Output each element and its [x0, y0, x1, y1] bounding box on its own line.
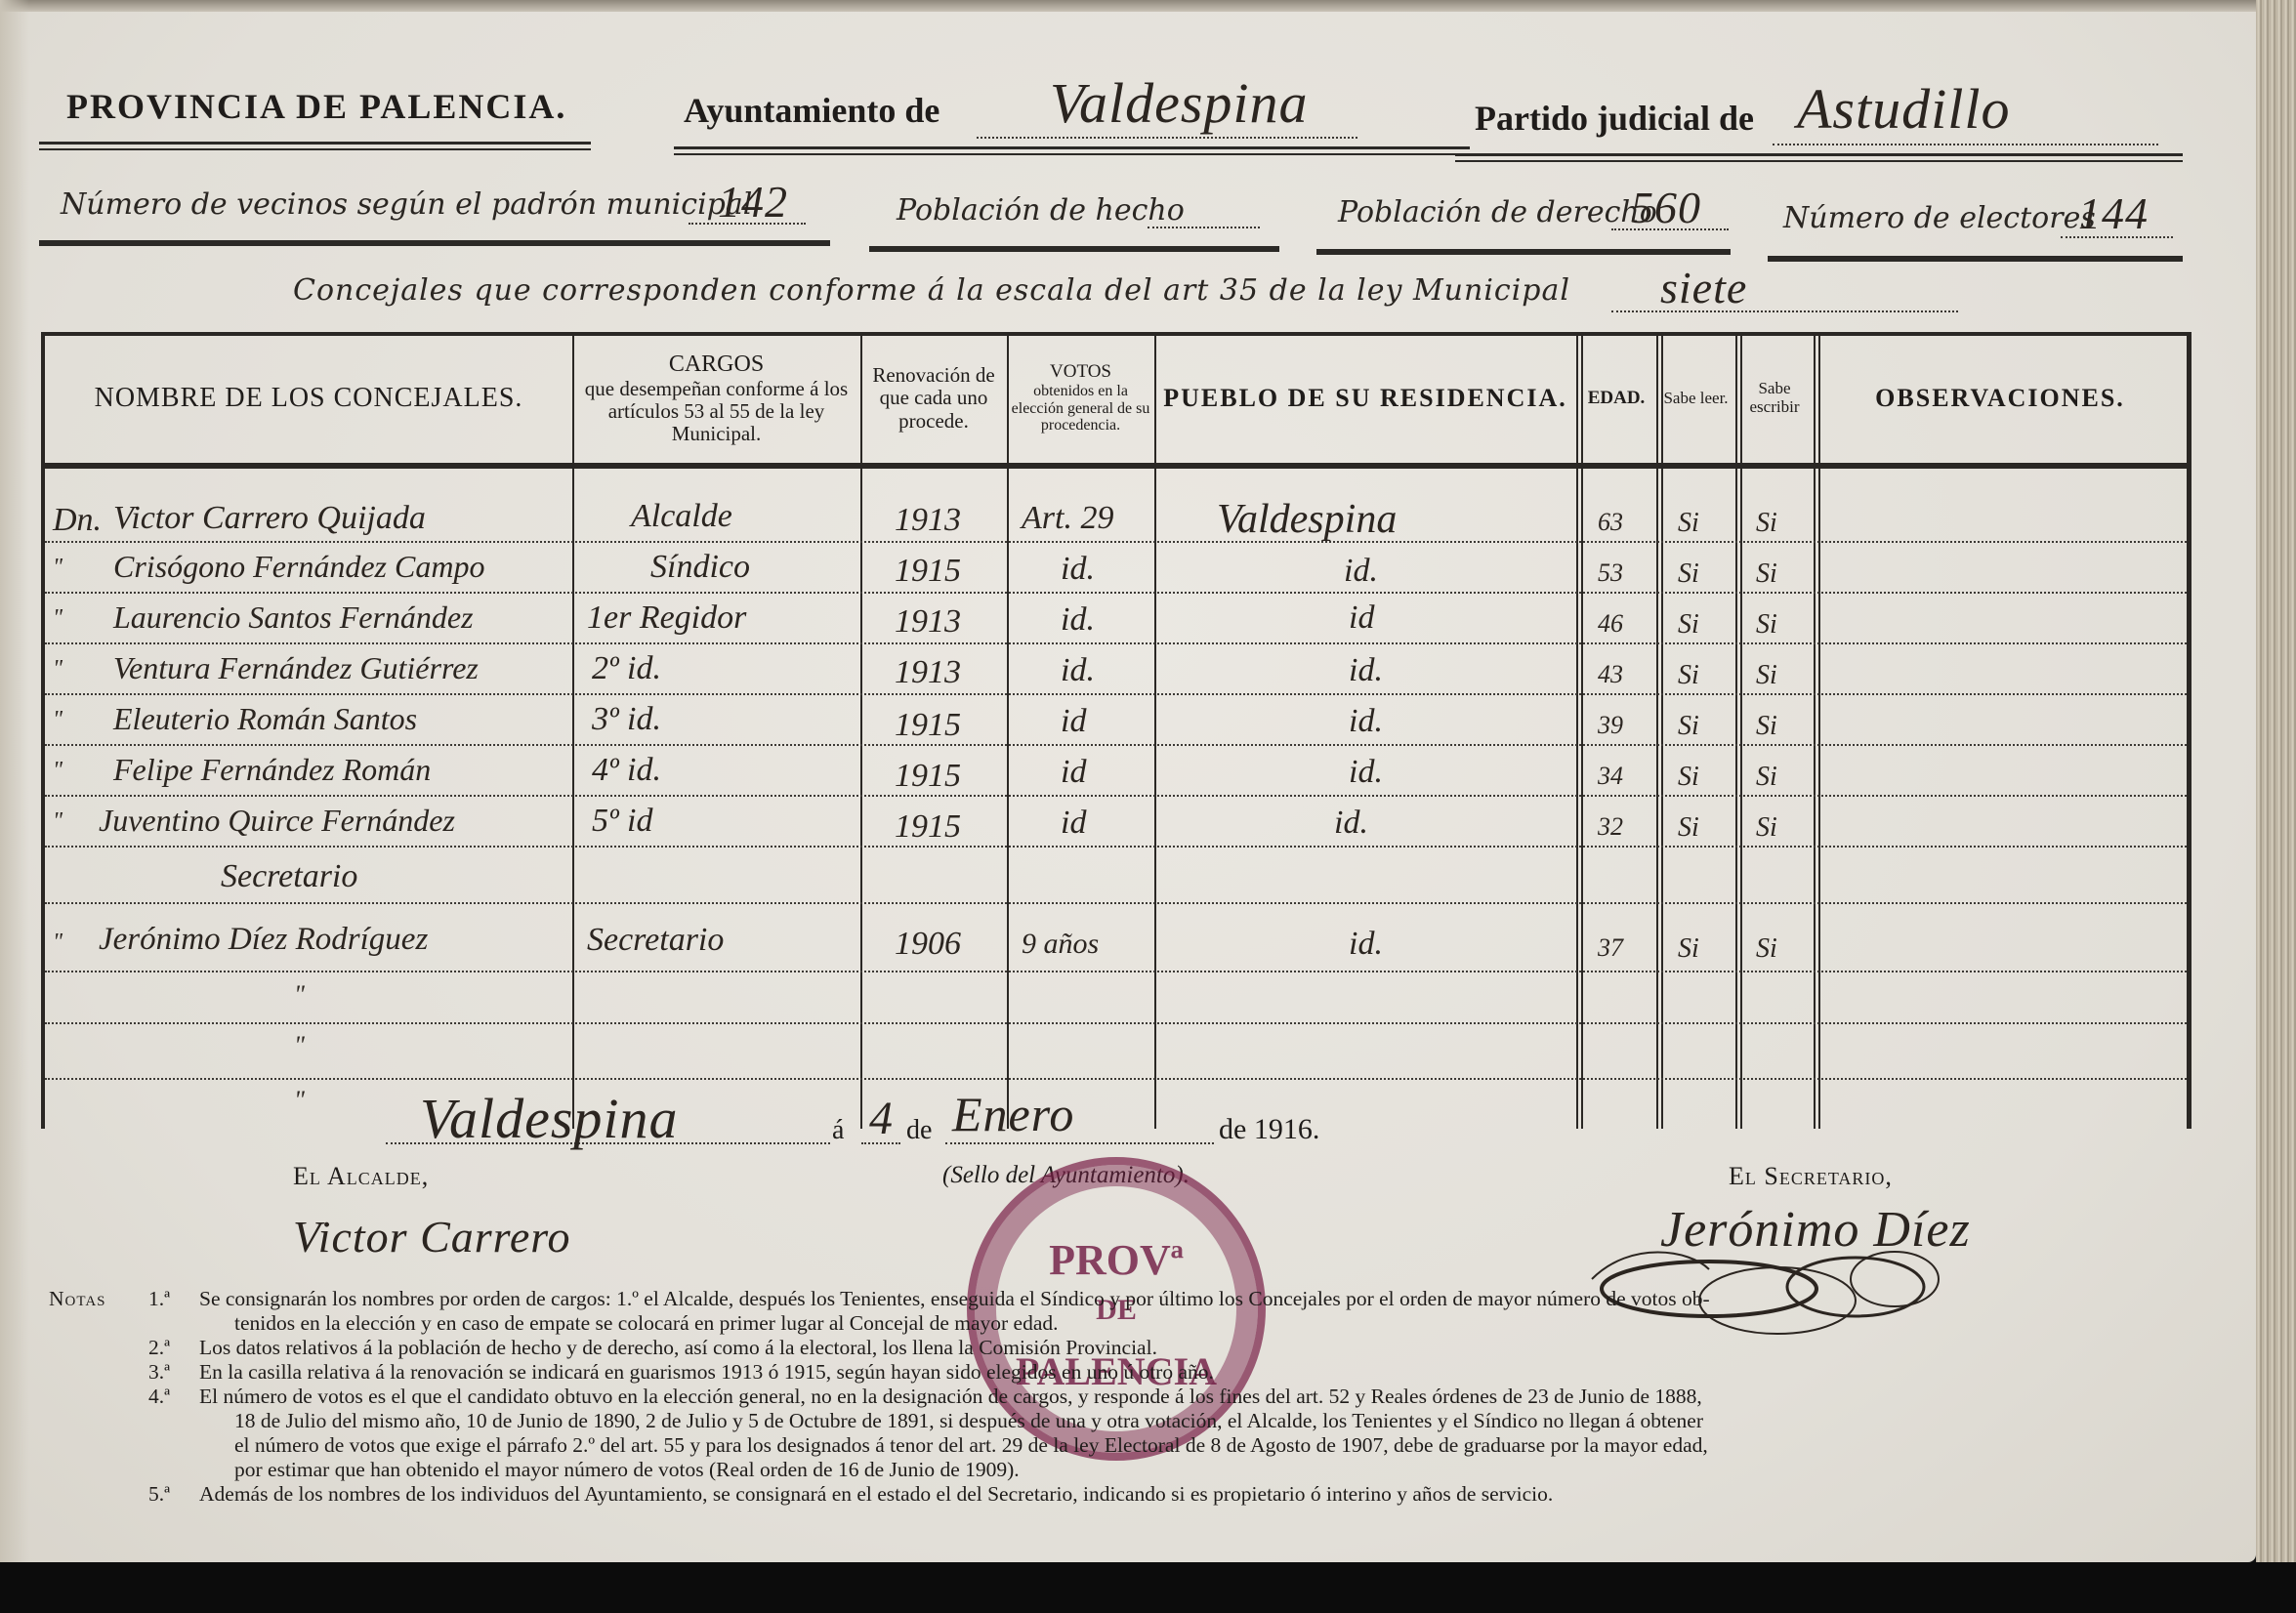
note-1: Notas 1.ª Se consignarán los nombres por… — [49, 1287, 2197, 1311]
votos-cell: 9 años — [1022, 928, 1099, 961]
note-4: 4.ª El número de votos es el que el cand… — [49, 1385, 2197, 1409]
row-prefix: Dn. — [53, 502, 102, 539]
row-prefix: " — [53, 930, 63, 956]
note-text: por estimar que han obtenido el mayor nú… — [49, 1458, 2197, 1482]
nombre-cell: Laurencio Santos Fernández — [113, 600, 474, 636]
alcalde-label: El Alcalde, — [293, 1162, 429, 1191]
poblacion-derecho-rule — [1316, 249, 1731, 255]
nombre-cell: Juventino Quirce Fernández — [99, 803, 455, 839]
votos-cell: id — [1061, 754, 1086, 791]
poblacion-hecho-rule — [869, 246, 1279, 252]
note-text: el número de votos que exige el párrafo … — [49, 1433, 2197, 1458]
note-2: 2.ª Los datos relativos á la población d… — [49, 1336, 2197, 1360]
stamp-line1: PROVª — [975, 1235, 1258, 1285]
cargo-cell: 4º id. — [592, 752, 661, 789]
ayuntamiento-value: Valdespina — [1050, 70, 1309, 136]
pueblo-cell: id. — [1349, 754, 1383, 791]
header-pueblo: PUEBLO DE SU RESIDENCIA. — [1154, 336, 1576, 461]
partido-rule — [1455, 153, 2183, 162]
secretario-heading: Secretario — [221, 858, 357, 895]
header-observaciones: OBSERVACIONES. — [1814, 336, 2187, 461]
header-nombre: NOMBRE DE LOS CONCEJALES. — [45, 336, 572, 461]
note-5: 5.ª Además de los nombres de los individ… — [49, 1482, 2197, 1507]
date-year: de 1916. — [1219, 1113, 1319, 1146]
sabe-leer-cell: Si — [1678, 558, 1699, 590]
partido-dotted-line — [1773, 144, 2158, 145]
note-text: 18 de Julio del mismo año, 10 de Junio d… — [49, 1409, 2197, 1433]
date-month: Enero — [952, 1086, 1074, 1142]
row-prefix: " — [53, 605, 63, 632]
concejales-table: NOMBRE DE LOS CONCEJALES. CARGOS que des… — [41, 332, 2192, 1129]
poblacion-hecho-label: Población de hecho — [897, 193, 1185, 227]
note-spacer — [49, 1385, 148, 1409]
sabe-escribir-cell: Si — [1756, 558, 1777, 590]
renovacion-cell: 1913 — [895, 603, 961, 641]
edad-cell: 43 — [1598, 660, 1623, 689]
sabe-escribir-cell: Si — [1756, 660, 1777, 691]
votos-cell: id. — [1061, 652, 1095, 689]
partido-label: Partido judicial de — [1475, 98, 1754, 139]
header-sabe-leer: Sabe leer. — [1656, 336, 1735, 461]
note-text: En la casilla relativa á la renovación s… — [199, 1360, 2197, 1385]
document-page: PROVINCIA DE PALENCIA. Ayuntamiento de V… — [0, 0, 2256, 1562]
pueblo-cell: id. — [1349, 926, 1383, 963]
date-a: á — [832, 1115, 844, 1146]
poblacion-hecho-dotted-line — [1148, 227, 1260, 228]
nombre-cell: Victor Carrero Quijada — [113, 500, 426, 537]
nombre-cell: Felipe Fernández Román — [113, 752, 431, 788]
ditto-mark: " — [294, 1086, 305, 1115]
note-spacer — [49, 1360, 148, 1385]
date-de: de — [906, 1115, 932, 1146]
renovacion-cell: 1913 — [895, 654, 961, 691]
row-prefix: " — [53, 758, 63, 784]
note-spacer — [49, 1482, 148, 1507]
note-3: 3.ª En la casilla relativa á la renovaci… — [49, 1360, 2197, 1385]
sabe-leer-cell: Si — [1678, 711, 1699, 742]
vecinos-rule — [39, 240, 830, 246]
province-title: PROVINCIA DE PALENCIA. — [66, 86, 566, 127]
note-number: 4.ª — [148, 1385, 199, 1409]
ayuntamiento-rule — [674, 146, 1470, 155]
renovacion-cell: 1906 — [895, 926, 961, 963]
header-edad: EDAD. — [1576, 336, 1656, 461]
row-prefix: " — [53, 808, 63, 835]
electores-rule — [1768, 256, 2183, 262]
edad-cell: 46 — [1598, 609, 1623, 639]
dark-background — [0, 1562, 2296, 1613]
pueblo-cell: id. — [1349, 652, 1383, 689]
note-text: El número de votos es el que el candidat… — [199, 1385, 2197, 1409]
electores-label: Número de electores — [1783, 201, 2096, 235]
votos-cell: id — [1061, 703, 1086, 740]
ayuntamiento-label: Ayuntamiento de — [684, 90, 939, 131]
poblacion-derecho-label: Población de derecho — [1338, 195, 1657, 229]
month-dotted-line — [945, 1142, 1214, 1144]
pueblo-cell: id — [1349, 600, 1374, 637]
nombre-cell: Eleuterio Román Santos — [113, 701, 417, 737]
sabe-leer-cell: Si — [1678, 609, 1699, 641]
sabe-leer-cell: Si — [1678, 812, 1699, 844]
sabe-escribir-cell: Si — [1756, 711, 1777, 742]
pueblo-cell: id. — [1344, 553, 1378, 590]
secretario-label: El Secretario, — [1729, 1162, 1893, 1191]
note-number: 2.ª — [148, 1336, 199, 1360]
row-prefix: " — [53, 656, 63, 682]
renovacion-cell: 1915 — [895, 707, 961, 744]
ditto-mark: " — [294, 980, 305, 1010]
cargo-cell: 1er Regidor — [587, 600, 746, 637]
sabe-escribir-cell: Si — [1756, 609, 1777, 641]
page-top-edge — [0, 0, 2256, 12]
cargo-cell: 2º id. — [592, 650, 661, 687]
sabe-leer-cell: Si — [1678, 933, 1699, 965]
sabe-leer-cell: Si — [1678, 660, 1699, 691]
renovacion-cell: 1915 — [895, 758, 961, 795]
edad-cell: 63 — [1598, 508, 1623, 537]
concejales-value: siete — [1660, 262, 1747, 313]
edad-cell: 39 — [1598, 711, 1623, 740]
concejales-label: Concejales que corresponden conforme á l… — [293, 273, 1570, 308]
sabe-leer-cell: Si — [1678, 762, 1699, 793]
cargo-cell: Secretario — [587, 922, 724, 959]
renovacion-cell: 1915 — [895, 808, 961, 846]
book-page-edges — [2256, 0, 2296, 1613]
note-number: 1.ª — [148, 1287, 199, 1311]
partido-value: Astudillo — [1797, 76, 2010, 142]
votos-cell: id. — [1061, 551, 1095, 588]
nombre-cell: Ventura Fernández Gutiérrez — [113, 650, 479, 686]
poblacion-derecho-value: 560 — [1631, 182, 1701, 233]
header-votos: VOTOS obtenidos en la elección general d… — [1007, 336, 1154, 461]
note-text: Los datos relativos á la población de he… — [199, 1336, 2197, 1360]
note-text: tenidos en la elección y en caso de empa… — [49, 1311, 2197, 1336]
sabe-escribir-cell: Si — [1756, 933, 1777, 965]
cargo-cell: Alcalde — [631, 498, 732, 535]
ditto-mark: " — [294, 1031, 305, 1060]
header-sabe-escribir: Sabe escribir — [1735, 336, 1814, 461]
cargo-cell: Síndico — [650, 549, 750, 586]
row-prefix: " — [53, 707, 63, 733]
province-rule — [39, 142, 591, 150]
edad-cell: 53 — [1598, 558, 1623, 588]
edad-cell: 32 — [1598, 812, 1623, 842]
alcalde-signature: Victor Carrero — [293, 1211, 570, 1262]
note-number: 3.ª — [148, 1360, 199, 1385]
nombre-cell: Crisógono Fernández Campo — [113, 549, 484, 585]
row-prefix: " — [53, 555, 63, 581]
sabe-escribir-cell: Si — [1756, 812, 1777, 844]
ayuntamiento-dotted-line — [977, 137, 1357, 139]
notes-section: Notas 1.ª Se consignarán los nombres por… — [49, 1287, 2197, 1507]
votos-cell: id — [1061, 805, 1086, 842]
edad-cell: 37 — [1598, 933, 1623, 963]
vecinos-label: Número de vecinos según el padrón munici… — [61, 187, 752, 222]
pueblo-cell: Valdespina — [1217, 496, 1397, 543]
header-renovacion: Renovación de que cada uno procede. — [860, 336, 1007, 461]
header-rule — [45, 463, 2187, 469]
votos-cell: id. — [1061, 601, 1095, 639]
date-day: 4 — [869, 1092, 894, 1145]
note-spacer — [49, 1336, 148, 1360]
renovacion-cell: 1913 — [895, 502, 961, 539]
note-text: Se consignarán los nombres por orden de … — [199, 1287, 2197, 1311]
pueblo-cell: id. — [1349, 703, 1383, 740]
sabe-escribir-cell: Si — [1756, 508, 1777, 539]
sabe-escribir-cell: Si — [1756, 762, 1777, 793]
vecinos-value: 142 — [718, 176, 788, 227]
electores-value: 144 — [2078, 187, 2149, 239]
sabe-leer-cell: Si — [1678, 508, 1699, 539]
pueblo-cell: id. — [1334, 805, 1368, 842]
edad-cell: 34 — [1598, 762, 1623, 791]
nombre-cell: Jerónimo Díez Rodríguez — [99, 922, 428, 958]
page-gutter-shadow — [0, 0, 29, 1562]
note-number: 5.ª — [148, 1482, 199, 1507]
notes-label: Notas — [49, 1287, 148, 1311]
header-cargos: CARGOS que desempeñan conforme á los art… — [572, 336, 860, 461]
renovacion-cell: 1915 — [895, 553, 961, 590]
cargo-cell: 5º id — [592, 803, 653, 840]
date-place: Valdespina — [420, 1086, 679, 1151]
votos-cell: Art. 29 — [1022, 500, 1113, 537]
note-text: Además de los nombres de los individuos … — [199, 1482, 2197, 1507]
cargo-cell: 3º id. — [592, 701, 661, 738]
